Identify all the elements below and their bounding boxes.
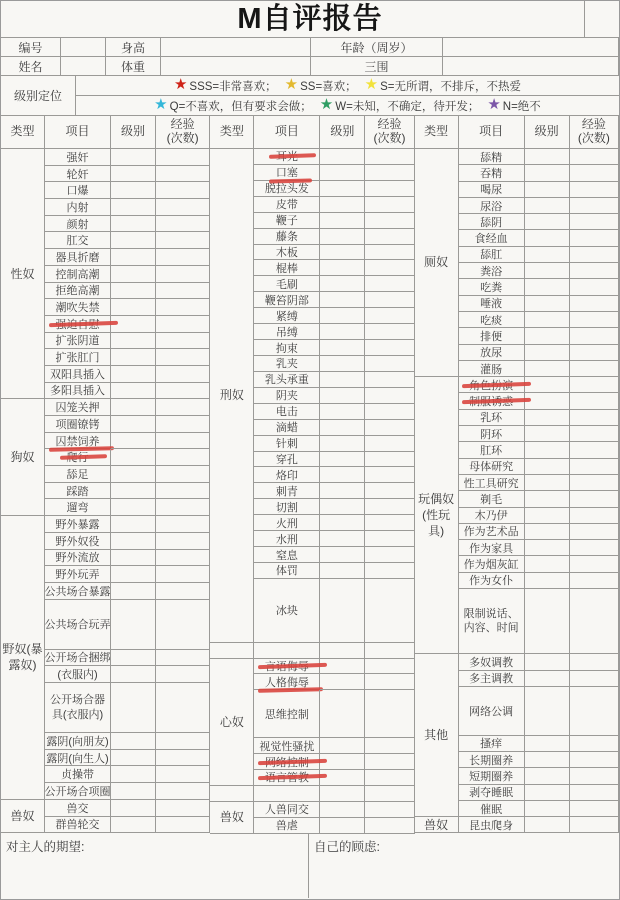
- level-input-cell[interactable]: [525, 263, 570, 279]
- experience-input-cell[interactable]: [365, 579, 414, 643]
- level-input-cell[interactable]: [320, 229, 365, 245]
- item-cell: 群兽轮交: [45, 817, 111, 834]
- experience-input-cell[interactable]: [365, 260, 414, 276]
- level-input-cell[interactable]: [111, 666, 156, 683]
- experience-input-cell[interactable]: [365, 308, 414, 324]
- level-input-cell[interactable]: [320, 260, 365, 276]
- item-label-red-underline: 口塞: [276, 164, 298, 180]
- experience-input-cell[interactable]: [570, 475, 619, 491]
- experience-input-cell[interactable]: [570, 442, 619, 458]
- column-header: 项目: [459, 116, 525, 149]
- level-input-cell[interactable]: [525, 524, 570, 540]
- experience-input-cell[interactable]: [365, 643, 414, 659]
- item-cell: 喝尿: [459, 182, 525, 198]
- experience-input-cell[interactable]: [156, 199, 210, 216]
- info-input-cell[interactable]: [443, 38, 619, 57]
- experience-input-cell[interactable]: [365, 276, 414, 292]
- category-label: 刑奴: [210, 149, 254, 643]
- experience-input-cell[interactable]: [156, 433, 210, 450]
- category-label: 性奴: [1, 149, 45, 399]
- item-cell: 作为烟灰缸: [459, 556, 525, 572]
- experience-input-cell[interactable]: [156, 800, 210, 817]
- level-input-cell[interactable]: [111, 283, 156, 300]
- info-input-cell[interactable]: [161, 38, 311, 57]
- experience-input-cell[interactable]: [156, 817, 210, 834]
- item-label: 拘束: [276, 340, 298, 356]
- level-input-cell[interactable]: [111, 650, 156, 667]
- level-input-cell[interactable]: [111, 466, 156, 483]
- level-input-cell[interactable]: [320, 149, 365, 165]
- experience-input-cell[interactable]: [156, 733, 210, 750]
- experience-input-cell[interactable]: [570, 345, 619, 361]
- experience-input-cell[interactable]: [156, 182, 210, 199]
- item-label: 扩张阴道: [56, 332, 100, 348]
- level-input-cell[interactable]: [111, 249, 156, 266]
- experience-input-cell[interactable]: [570, 312, 619, 328]
- level-input-cell[interactable]: [525, 247, 570, 263]
- experience-input-cell[interactable]: [156, 266, 210, 283]
- level-input-cell[interactable]: [111, 733, 156, 750]
- item-cell: 公开场合捆绑: [45, 650, 111, 667]
- experience-input-cell[interactable]: [570, 377, 619, 393]
- item-cell: 母体研究: [459, 459, 525, 475]
- experience-input-cell[interactable]: [365, 531, 414, 547]
- level-input-cell[interactable]: [525, 393, 570, 409]
- experience-input-cell[interactable]: [156, 766, 210, 783]
- level-input-cell[interactable]: [525, 328, 570, 344]
- item-cell: 扩张阴道: [45, 333, 111, 350]
- experience-input-cell[interactable]: [365, 372, 414, 388]
- level-input-cell[interactable]: [320, 340, 365, 356]
- level-input-cell[interactable]: [320, 515, 365, 531]
- level-input-cell[interactable]: [525, 345, 570, 361]
- info-input-cell[interactable]: [61, 57, 106, 76]
- experience-input-cell[interactable]: [570, 279, 619, 295]
- experience-input-cell[interactable]: [365, 324, 414, 340]
- level-input-cell[interactable]: [111, 783, 156, 800]
- level-input-cell[interactable]: [320, 372, 365, 388]
- item-cell: 切割: [254, 499, 320, 515]
- level-input-cell[interactable]: [320, 420, 365, 436]
- item-cell: 乳环: [459, 410, 525, 426]
- column-header: 级别: [525, 116, 570, 149]
- item-label: 尿浴: [480, 198, 502, 214]
- level-input-cell[interactable]: [320, 674, 365, 690]
- experience-input-cell[interactable]: [570, 785, 619, 801]
- experience-input-cell[interactable]: [156, 666, 210, 683]
- level-input-cell[interactable]: [320, 531, 365, 547]
- experience-input-cell[interactable]: [365, 356, 414, 372]
- legend-line: ★Q=不喜欢，但有要求会做；★W=未知，不确定，待开发；★N=绝不: [76, 96, 619, 116]
- level-input-cell[interactable]: [525, 556, 570, 572]
- level-input-cell[interactable]: [525, 230, 570, 246]
- experience-input-cell[interactable]: [570, 410, 619, 426]
- level-input-cell[interactable]: [111, 349, 156, 366]
- level-input-cell[interactable]: [525, 312, 570, 328]
- level-input-cell[interactable]: [111, 600, 156, 650]
- item-label: 乳环: [480, 409, 502, 425]
- level-input-cell[interactable]: [320, 181, 365, 197]
- level-input-cell[interactable]: [111, 750, 156, 767]
- experience-input-cell[interactable]: [570, 768, 619, 784]
- level-input-cell[interactable]: [525, 475, 570, 491]
- level-input-cell[interactable]: [525, 296, 570, 312]
- experience-input-cell[interactable]: [365, 197, 414, 213]
- level-input-cell[interactable]: [111, 199, 156, 216]
- item-label-red-strike: 角色扮演: [469, 377, 513, 393]
- experience-input-cell[interactable]: [570, 654, 619, 670]
- level-input-cell[interactable]: [320, 754, 365, 770]
- level-input-cell[interactable]: [320, 770, 365, 786]
- experience-input-cell[interactable]: [156, 349, 210, 366]
- experience-input-cell[interactable]: [156, 149, 210, 166]
- level-input-cell[interactable]: [320, 690, 365, 738]
- level-input-cell[interactable]: [111, 149, 156, 166]
- level-input-cell[interactable]: [525, 817, 570, 833]
- experience-input-cell[interactable]: [156, 650, 210, 667]
- level-input-cell[interactable]: [111, 583, 156, 600]
- item-label: 多主调教: [469, 670, 513, 686]
- experience-input-cell[interactable]: [570, 491, 619, 507]
- experience-input-cell[interactable]: [570, 589, 619, 654]
- item-cell: 火刑: [254, 515, 320, 531]
- experience-input-cell[interactable]: [365, 754, 414, 770]
- experience-input-cell[interactable]: [365, 165, 414, 181]
- experience-input-cell[interactable]: [365, 659, 414, 675]
- level-input-cell[interactable]: [320, 452, 365, 468]
- level-input-cell[interactable]: [320, 324, 365, 340]
- level-input-cell[interactable]: [111, 533, 156, 550]
- item-label: 烙印: [276, 467, 298, 483]
- level-input-cell[interactable]: [525, 785, 570, 801]
- level-input-cell[interactable]: [111, 550, 156, 567]
- level-input-cell[interactable]: [320, 276, 365, 292]
- experience-input-cell[interactable]: [156, 516, 210, 533]
- experience-input-cell[interactable]: [365, 515, 414, 531]
- experience-input-cell[interactable]: [365, 483, 414, 499]
- level-input-cell[interactable]: [111, 433, 156, 450]
- category-label: 兽奴: [415, 817, 459, 833]
- title-right-divider: [584, 1, 585, 37]
- item-cell: 口爆: [45, 182, 111, 199]
- level-input-cell[interactable]: [525, 589, 570, 654]
- experience-input-cell[interactable]: [365, 690, 414, 738]
- experience-input-cell[interactable]: [570, 508, 619, 524]
- item-label-red-strike: 爬行: [67, 449, 89, 465]
- experience-input-cell[interactable]: [570, 296, 619, 312]
- experience-input-cell[interactable]: [156, 249, 210, 266]
- level-input-cell[interactable]: [525, 361, 570, 377]
- item-cell: 作为家具: [459, 540, 525, 556]
- experience-input-cell[interactable]: [156, 583, 210, 600]
- experience-input-cell[interactable]: [156, 600, 210, 650]
- item-label: 排便: [480, 328, 502, 344]
- level-input-cell[interactable]: [111, 266, 156, 283]
- experience-input-cell[interactable]: [156, 550, 210, 567]
- level-input-cell[interactable]: [111, 216, 156, 233]
- experience-input-cell[interactable]: [365, 420, 414, 436]
- experience-input-cell[interactable]: [570, 198, 619, 214]
- item-label: 皮带: [276, 196, 298, 212]
- experience-input-cell[interactable]: [570, 556, 619, 572]
- experience-input-cell[interactable]: [570, 573, 619, 589]
- experience-input-cell[interactable]: [156, 783, 210, 800]
- experience-input-cell[interactable]: [570, 165, 619, 181]
- experience-input-cell[interactable]: [365, 770, 414, 786]
- experience-input-cell[interactable]: [365, 181, 414, 197]
- item-cell: 双阳具插入: [45, 366, 111, 383]
- experience-input-cell[interactable]: [156, 483, 210, 500]
- experience-input-cell[interactable]: [156, 166, 210, 183]
- legend-lines: ★SSS=非常喜欢；★SS=喜欢；★S=无所谓，不排斥，不热爱★Q=不喜欢，但有…: [76, 76, 619, 116]
- concerns-cell[interactable]: 自己的顾虑:: [309, 834, 619, 898]
- level-input-cell[interactable]: [525, 182, 570, 198]
- experience-input-cell[interactable]: [570, 426, 619, 442]
- level-input-cell[interactable]: [111, 683, 156, 733]
- level-input-cell[interactable]: [525, 198, 570, 214]
- level-input-cell[interactable]: [525, 410, 570, 426]
- level-input-cell[interactable]: [320, 404, 365, 420]
- item-label: 电击: [276, 403, 298, 419]
- item-cell: 藤条: [254, 229, 320, 245]
- experience-input-cell[interactable]: [570, 230, 619, 246]
- level-input-cell[interactable]: [320, 483, 365, 499]
- experience-input-cell[interactable]: [570, 361, 619, 377]
- experience-input-cell[interactable]: [570, 736, 619, 752]
- item-cell: 多阳具插入: [45, 383, 111, 400]
- item-label: 刺青: [276, 483, 298, 499]
- experience-input-cell[interactable]: [365, 674, 414, 690]
- level-input-cell[interactable]: [320, 643, 365, 659]
- experience-input-cell[interactable]: [365, 245, 414, 261]
- experience-input-cell[interactable]: [570, 214, 619, 230]
- item-cell: 食经血: [459, 230, 525, 246]
- level-input-cell[interactable]: [320, 292, 365, 308]
- level-input-cell[interactable]: [111, 817, 156, 834]
- item-cell: 肛交: [45, 232, 111, 249]
- info-label: 体重: [106, 57, 161, 76]
- level-input-cell[interactable]: [320, 197, 365, 213]
- level-input-cell[interactable]: [320, 659, 365, 675]
- expectations-cell[interactable]: 对主人的期望:: [1, 834, 309, 898]
- level-input-cell[interactable]: [525, 801, 570, 817]
- info-input-cell[interactable]: [61, 38, 106, 57]
- level-input-cell[interactable]: [320, 563, 365, 579]
- item-label: 鞭笞阴部: [265, 292, 309, 308]
- experience-input-cell[interactable]: [570, 182, 619, 198]
- experience-input-cell[interactable]: [156, 299, 210, 316]
- level-input-cell[interactable]: [320, 165, 365, 181]
- experience-input-cell[interactable]: [365, 340, 414, 356]
- experience-input-cell[interactable]: [570, 524, 619, 540]
- level-input-cell[interactable]: [525, 442, 570, 458]
- level-input-cell[interactable]: [525, 426, 570, 442]
- level-input-cell[interactable]: [111, 516, 156, 533]
- experience-input-cell[interactable]: [365, 786, 414, 802]
- level-input-cell[interactable]: [320, 308, 365, 324]
- level-input-cell[interactable]: [525, 165, 570, 181]
- experience-input-cell[interactable]: [365, 563, 414, 579]
- experience-input-cell[interactable]: [570, 687, 619, 736]
- level-input-cell[interactable]: [525, 508, 570, 524]
- info-input-cell[interactable]: [443, 57, 619, 76]
- level-input-cell[interactable]: [320, 786, 365, 802]
- item-label: 公共场合暴露: [45, 583, 111, 599]
- item-cell: 囚禁饲养: [45, 433, 111, 450]
- level-input-cell[interactable]: [525, 752, 570, 768]
- column-header: 类型: [1, 116, 45, 149]
- item-label: 放尿: [480, 344, 502, 360]
- level-input-cell[interactable]: [320, 579, 365, 643]
- experience-input-cell[interactable]: [365, 388, 414, 404]
- item-label: 短期圈养: [469, 768, 513, 784]
- category-label: 狗奴: [1, 399, 45, 516]
- level-input-cell[interactable]: [111, 766, 156, 783]
- experience-input-cell[interactable]: [156, 449, 210, 466]
- level-input-cell[interactable]: [320, 802, 365, 818]
- item-label: 野外玩弄: [56, 566, 100, 582]
- level-input-cell[interactable]: [111, 499, 156, 516]
- level-input-cell[interactable]: [111, 366, 156, 383]
- legend-text: SS=喜欢；: [300, 78, 357, 94]
- experience-input-cell[interactable]: [570, 817, 619, 833]
- item-cell: 木板: [254, 245, 320, 261]
- experience-input-cell[interactable]: [156, 383, 210, 400]
- level-input-cell[interactable]: [525, 279, 570, 295]
- experience-input-cell[interactable]: [156, 466, 210, 483]
- level-input-cell[interactable]: [111, 383, 156, 400]
- level-input-cell[interactable]: [320, 467, 365, 483]
- level-input-cell[interactable]: [111, 232, 156, 249]
- experience-input-cell[interactable]: [156, 399, 210, 416]
- experience-input-cell[interactable]: [365, 738, 414, 754]
- level-input-cell[interactable]: [320, 436, 365, 452]
- level-input-cell[interactable]: [525, 491, 570, 507]
- item-cell: 冰块: [254, 579, 320, 643]
- experience-input-cell[interactable]: [156, 566, 210, 583]
- item-cell: 脱拉头发: [254, 181, 320, 197]
- item-label: 作为艺术品: [464, 523, 519, 539]
- experience-input-cell[interactable]: [156, 499, 210, 516]
- level-input-cell[interactable]: [320, 356, 365, 372]
- experience-input-cell[interactable]: [365, 499, 414, 515]
- item-label: 冰块: [276, 602, 298, 618]
- table-block: 刑奴耳光口塞脱拉头发皮带鞭子藤条木板棍棒毛刷鞭笞阴部紧缚吊缚拘束乳夹乳头承重阴夹…: [210, 149, 414, 834]
- item-label: (衣服内): [57, 666, 97, 682]
- item-cell: 踩踏: [45, 483, 111, 500]
- level-input-cell[interactable]: [320, 818, 365, 834]
- level-input-cell[interactable]: [111, 416, 156, 433]
- experience-input-cell[interactable]: [570, 149, 619, 165]
- level-input-cell[interactable]: [111, 316, 156, 333]
- experience-input-cell[interactable]: [156, 232, 210, 249]
- experience-input-cell[interactable]: [570, 671, 619, 687]
- experience-input-cell[interactable]: [156, 533, 210, 550]
- experience-input-cell[interactable]: [156, 416, 210, 433]
- legend-text: Q=不喜欢，但有要求会做；: [170, 98, 312, 114]
- level-input-cell[interactable]: [525, 687, 570, 736]
- level-input-cell[interactable]: [525, 671, 570, 687]
- experience-input-cell[interactable]: [570, 328, 619, 344]
- experience-input-cell[interactable]: [365, 436, 414, 452]
- experience-input-cell[interactable]: [570, 393, 619, 409]
- item-label: 作为女仆: [469, 572, 513, 588]
- level-input-cell[interactable]: [111, 449, 156, 466]
- level-input-cell[interactable]: [320, 738, 365, 754]
- experience-input-cell[interactable]: [365, 213, 414, 229]
- experience-input-cell[interactable]: [365, 404, 414, 420]
- experience-input-cell[interactable]: [365, 229, 414, 245]
- experience-input-cell[interactable]: [156, 316, 210, 333]
- experience-input-cell[interactable]: [365, 452, 414, 468]
- item-label: 肛交: [67, 232, 89, 248]
- level-input-cell[interactable]: [111, 333, 156, 350]
- level-input-cell[interactable]: [525, 459, 570, 475]
- level-input-cell[interactable]: [525, 654, 570, 670]
- level-input-cell[interactable]: [320, 388, 365, 404]
- level-input-cell[interactable]: [320, 499, 365, 515]
- experience-input-cell[interactable]: [570, 459, 619, 475]
- level-input-cell[interactable]: [111, 800, 156, 817]
- level-input-cell[interactable]: [320, 213, 365, 229]
- experience-input-cell[interactable]: [570, 752, 619, 768]
- level-input-cell[interactable]: [320, 547, 365, 563]
- experience-input-cell[interactable]: [365, 467, 414, 483]
- legend-entry: ★N=绝不: [487, 98, 540, 114]
- experience-input-cell[interactable]: [570, 801, 619, 817]
- level-input-cell[interactable]: [111, 299, 156, 316]
- experience-input-cell[interactable]: [570, 263, 619, 279]
- item-label: 舔肛: [480, 246, 502, 262]
- experience-input-cell[interactable]: [570, 247, 619, 263]
- level-input-cell[interactable]: [525, 540, 570, 556]
- item-label: 野外暴露: [56, 516, 100, 532]
- level-input-cell[interactable]: [111, 483, 156, 500]
- experience-input-cell[interactable]: [570, 540, 619, 556]
- experience-input-cell[interactable]: [365, 818, 414, 834]
- level-input-cell[interactable]: [111, 166, 156, 183]
- item-label-red-strike: 语言管教: [265, 769, 309, 785]
- item-cell: 灌肠: [459, 361, 525, 377]
- level-input-cell[interactable]: [525, 377, 570, 393]
- item-label: 舔阴: [480, 214, 502, 230]
- level-input-cell[interactable]: [525, 573, 570, 589]
- level-input-cell[interactable]: [525, 736, 570, 752]
- experience-input-cell[interactable]: [156, 366, 210, 383]
- level-input-cell[interactable]: [111, 566, 156, 583]
- header-block: 类型项目级别经验 (次数): [1, 116, 210, 149]
- experience-input-cell[interactable]: [156, 283, 210, 300]
- level-input-cell[interactable]: [320, 245, 365, 261]
- item-label: 野外奴役: [56, 533, 100, 549]
- experience-input-cell[interactable]: [156, 216, 210, 233]
- level-input-cell[interactable]: [525, 149, 570, 165]
- experience-input-cell[interactable]: [365, 547, 414, 563]
- experience-input-cell[interactable]: [156, 683, 210, 733]
- experience-input-cell[interactable]: [365, 292, 414, 308]
- item-cell: 人兽同交: [254, 802, 320, 818]
- experience-input-cell[interactable]: [365, 149, 414, 165]
- column-header: 类型: [415, 116, 459, 149]
- level-input-cell[interactable]: [525, 768, 570, 784]
- level-input-cell[interactable]: [111, 399, 156, 416]
- info-input-cell[interactable]: [161, 57, 311, 76]
- level-input-cell[interactable]: [111, 182, 156, 199]
- experience-input-cell[interactable]: [156, 750, 210, 767]
- level-input-cell[interactable]: [525, 214, 570, 230]
- experience-input-cell[interactable]: [156, 333, 210, 350]
- experience-input-cell[interactable]: [365, 802, 414, 818]
